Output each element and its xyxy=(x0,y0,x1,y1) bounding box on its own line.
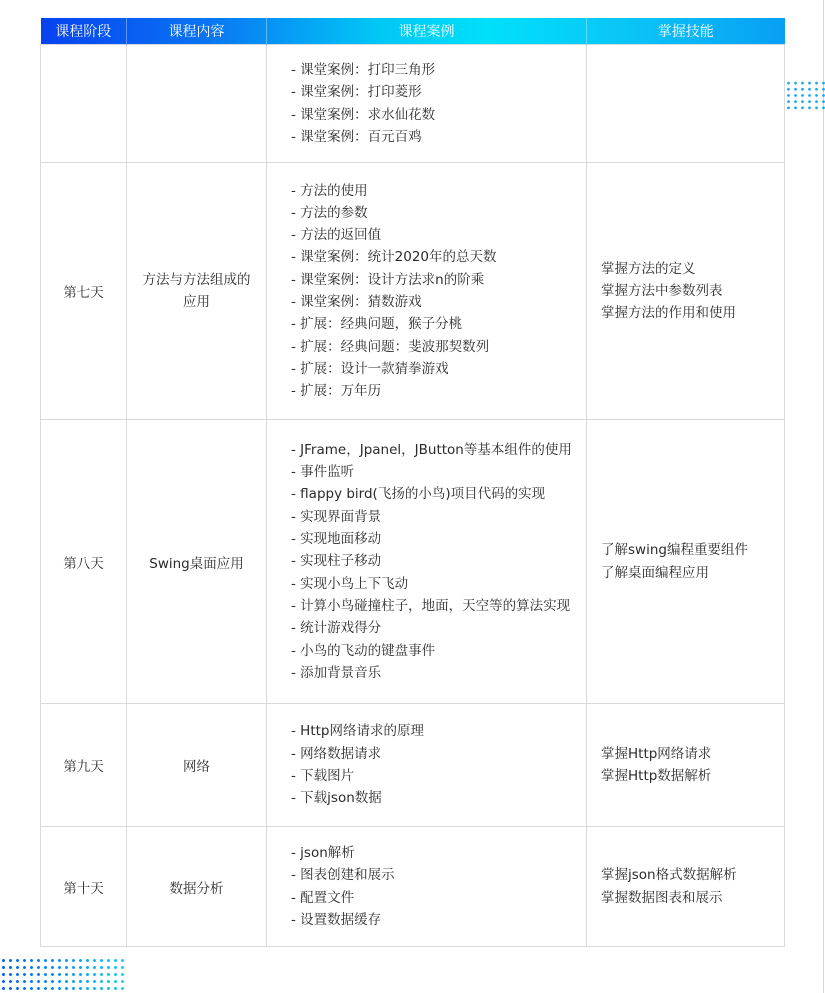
skills-cell: 掌握Http网络请求 掌握Http数据解析 xyxy=(587,704,785,827)
case-item: - 下载json数据 xyxy=(291,787,586,809)
case-item: - 事件监听 xyxy=(291,461,586,483)
case-item: - 方法的返回值 xyxy=(291,224,586,246)
content-cell: 网络 xyxy=(127,704,267,827)
case-item: - 设置数据缓存 xyxy=(291,909,586,931)
skills-cell: 掌握json格式数据解析 掌握数据图表和展示 xyxy=(587,827,785,947)
skill-item: 掌握Http数据解析 xyxy=(601,765,784,787)
case-item: - 方法的使用 xyxy=(291,180,586,202)
case-item: - 课堂案例：打印三角形 xyxy=(291,59,586,81)
skills-cell: 了解swing编程重要组件 了解桌面编程应用 xyxy=(587,420,785,704)
table-row: 第七天 方法与方法组成的应用 - 方法的使用 - 方法的参数 - 方法的返回值 … xyxy=(41,163,785,420)
skill-item: 掌握方法的作用和使用 xyxy=(601,302,784,324)
content-text: 方法与方法组成的应用 xyxy=(142,269,252,313)
header-cases: 课程案例 xyxy=(267,18,587,45)
case-item: - 扩展：经典问题，猴子分桃 xyxy=(291,313,586,335)
decorative-dot-grid-right xyxy=(785,80,825,110)
table-row: - 课堂案例：打印三角形 - 课堂案例：打印菱形 - 课堂案例：求水仙花数 - … xyxy=(41,45,785,163)
stage-cell xyxy=(41,45,127,163)
case-item: - 添加背景音乐 xyxy=(291,662,586,684)
case-item: - json解析 xyxy=(291,842,586,864)
skill-item: 掌握方法中参数列表 xyxy=(601,280,784,302)
stage-cell: 第八天 xyxy=(41,420,127,704)
table-row: 第八天 Swing桌面应用 - JFrame，Jpanel，JButton等基本… xyxy=(41,420,785,704)
table-row: 第十天 数据分析 - json解析 - 图表创建和展示 - 配置文件 - 设置数… xyxy=(41,827,785,947)
case-item: - Http网络请求的原理 xyxy=(291,720,586,742)
case-item: - 扩展：设计一款猜拳游戏 xyxy=(291,358,586,380)
page-edge-divider xyxy=(823,0,824,993)
case-item: - 课堂案例：打印菱形 xyxy=(291,81,586,103)
skill-item: 掌握数据图表和展示 xyxy=(601,887,784,909)
skill-item: 掌握方法的定义 xyxy=(601,258,784,280)
case-item: - 方法的参数 xyxy=(291,202,586,224)
content-cell: Swing桌面应用 xyxy=(127,420,267,704)
skills-cell: 掌握方法的定义 掌握方法中参数列表 掌握方法的作用和使用 xyxy=(587,163,785,420)
course-schedule-table: 课程阶段 课程内容 课程案例 掌握技能 - 课堂案例：打印三角形 - 课堂案例：… xyxy=(40,18,785,947)
header-content: 课程内容 xyxy=(127,18,267,45)
cases-cell: - JFrame，Jpanel，JButton等基本组件的使用 - 事件监听 -… xyxy=(267,420,587,704)
cases-cell: - 课堂案例：打印三角形 - 课堂案例：打印菱形 - 课堂案例：求水仙花数 - … xyxy=(267,45,587,163)
case-item: - 扩展：万年历 xyxy=(291,380,586,402)
skills-cell xyxy=(587,45,785,163)
skill-item: 掌握json格式数据解析 xyxy=(601,864,784,886)
skill-item: 掌握Http网络请求 xyxy=(601,743,784,765)
case-item: - 实现小鸟上下飞动 xyxy=(291,573,586,595)
cases-cell: - Http网络请求的原理 - 网络数据请求 - 下载图片 - 下载json数据 xyxy=(267,704,587,827)
header-stage: 课程阶段 xyxy=(41,18,127,45)
table-row: 第九天 网络 - Http网络请求的原理 - 网络数据请求 - 下载图片 - 下… xyxy=(41,704,785,827)
skill-item: 了解桌面编程应用 xyxy=(601,562,784,584)
case-item: - 课堂案例：统计2020年的总天数 xyxy=(291,246,586,268)
case-item: - 实现界面背景 xyxy=(291,506,586,528)
content-cell: 方法与方法组成的应用 xyxy=(127,163,267,420)
header-skills: 掌握技能 xyxy=(587,18,785,45)
case-item: - 课堂案例：百元百鸡 xyxy=(291,126,586,148)
table-header-row: 课程阶段 课程内容 课程案例 掌握技能 xyxy=(41,18,785,45)
content-cell: 数据分析 xyxy=(127,827,267,947)
stage-cell: 第十天 xyxy=(41,827,127,947)
case-item: - 实现柱子移动 xyxy=(291,550,586,572)
case-item: - 课堂案例：求水仙花数 xyxy=(291,104,586,126)
case-item: - 网络数据请求 xyxy=(291,743,586,765)
case-item: - flappy bird(飞扬的小鸟)项目代码的实现 xyxy=(291,483,586,505)
skill-item: 了解swing编程重要组件 xyxy=(601,539,784,561)
cases-cell: - json解析 - 图表创建和展示 - 配置文件 - 设置数据缓存 xyxy=(267,827,587,947)
case-item: - 小鸟的飞动的键盘事件 xyxy=(291,640,586,662)
case-item: - 计算小鸟碰撞柱子，地面，天空等的算法实现 xyxy=(291,595,586,617)
case-item: - 图表创建和展示 xyxy=(291,864,586,886)
content-cell xyxy=(127,45,267,163)
decorative-dot-grid-bottom xyxy=(0,957,124,993)
cases-cell: - 方法的使用 - 方法的参数 - 方法的返回值 - 课堂案例：统计2020年的… xyxy=(267,163,587,420)
case-item: - JFrame，Jpanel，JButton等基本组件的使用 xyxy=(291,439,586,461)
case-item: - 统计游戏得分 xyxy=(291,617,586,639)
case-item: - 课堂案例：设计方法求n的阶乘 xyxy=(291,269,586,291)
case-item: - 扩展：经典问题：斐波那契数列 xyxy=(291,336,586,358)
case-item: - 下载图片 xyxy=(291,765,586,787)
case-item: - 实现地面移动 xyxy=(291,528,586,550)
stage-cell: 第九天 xyxy=(41,704,127,827)
case-item: - 配置文件 xyxy=(291,887,586,909)
stage-cell: 第七天 xyxy=(41,163,127,420)
case-item: - 课堂案例：猜数游戏 xyxy=(291,291,586,313)
